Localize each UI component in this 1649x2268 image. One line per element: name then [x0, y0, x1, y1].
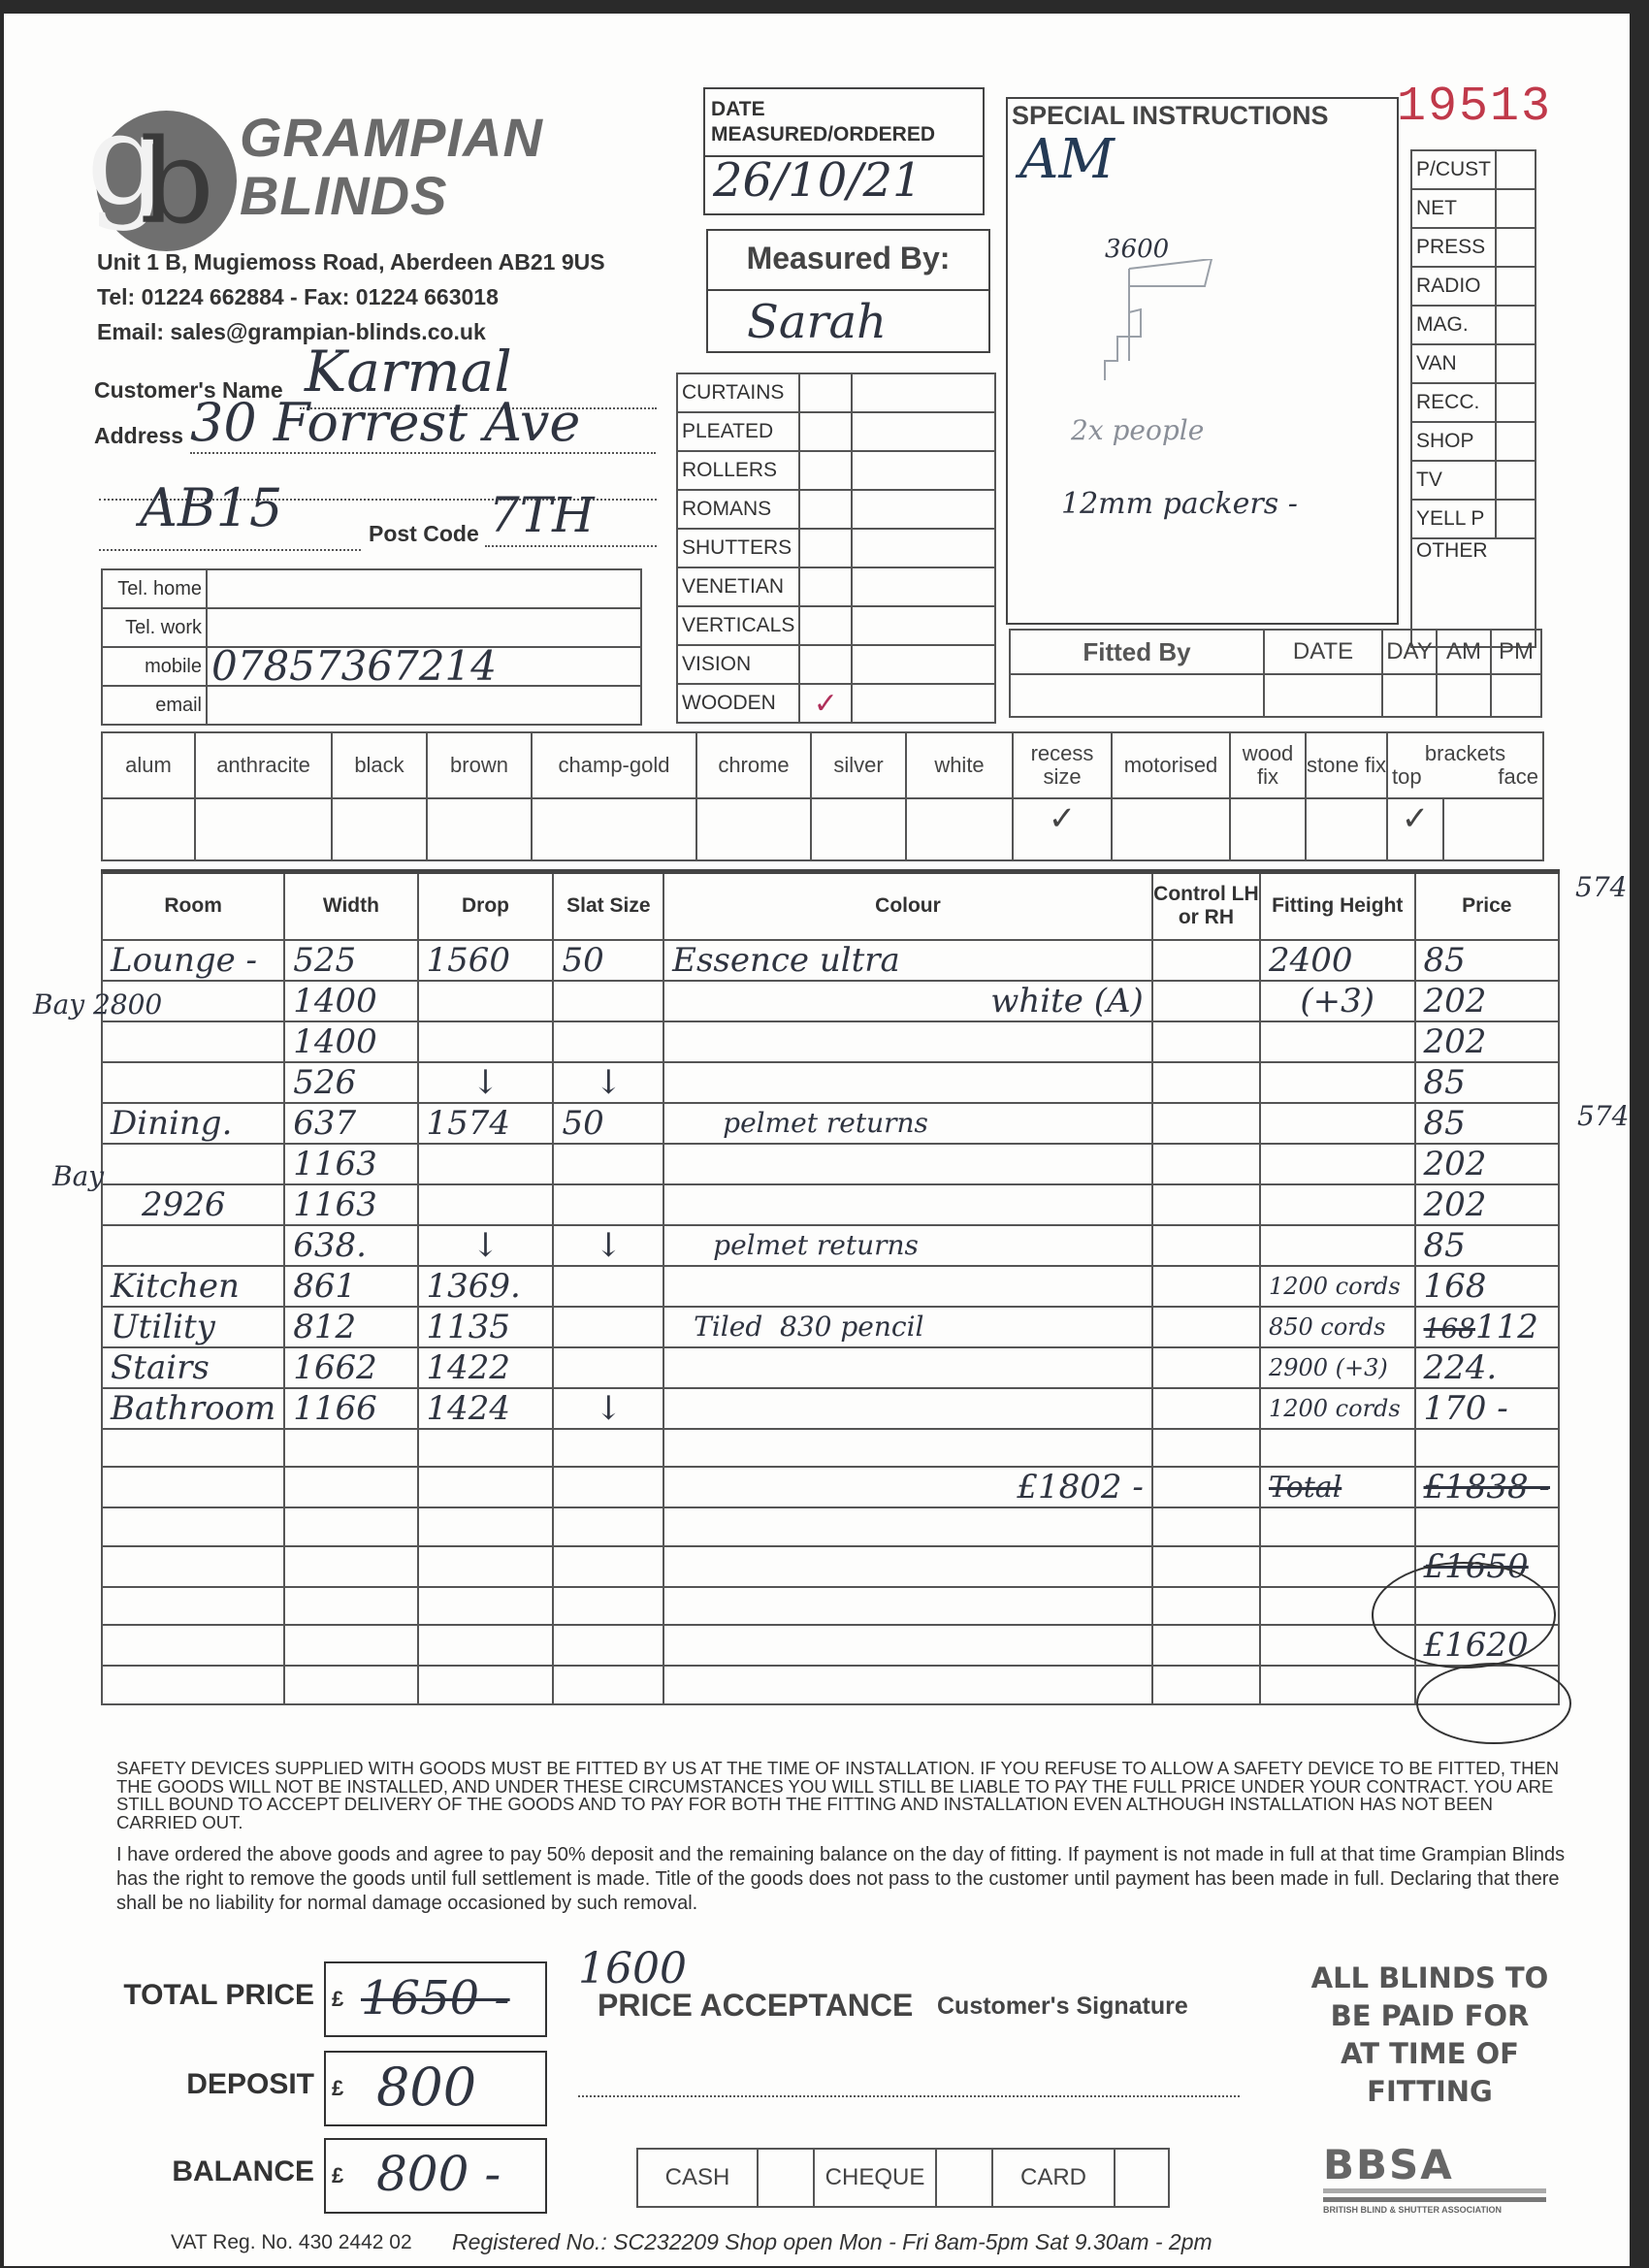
contact-row-tel-work: Tel. work — [102, 608, 641, 647]
cell-width[interactable]: 525 — [284, 940, 417, 981]
tel-work-field[interactable] — [207, 608, 641, 647]
option-champ-gold-check[interactable] — [532, 798, 696, 860]
cell-fitting[interactable]: 1200 cords — [1260, 1266, 1415, 1307]
cell-room[interactable]: Kitchen — [102, 1266, 284, 1307]
source-radio-check[interactable] — [1496, 267, 1536, 306]
col-price-header: Price — [1415, 872, 1559, 940]
cell-room[interactable] — [102, 1021, 284, 1062]
date-label-line1: DATE — [711, 97, 935, 122]
option-motorised-check[interactable] — [1112, 798, 1230, 860]
cell-slat[interactable] — [553, 1587, 663, 1626]
col-room-header: Room — [102, 872, 284, 940]
col-colour-header: Colour — [663, 872, 1152, 940]
special-note-packers: 12mm packers - — [1061, 487, 1298, 521]
payment-method-table: CASH CHEQUE CARD — [636, 2148, 1170, 2208]
signature-line[interactable] — [578, 2095, 1240, 2097]
source-pcust-label: P/CUST — [1411, 150, 1496, 189]
cell-control[interactable] — [1152, 1666, 1260, 1704]
brackets-face-label: face — [1498, 765, 1538, 789]
cell-room[interactable] — [102, 1625, 284, 1666]
product-wooden-check[interactable]: ✓ — [799, 684, 852, 723]
fitted-by-field[interactable] — [1010, 674, 1264, 717]
source-van-check[interactable] — [1496, 344, 1536, 383]
fitted-date-label: DATE — [1264, 630, 1382, 674]
stair-sketch-icon — [1100, 259, 1216, 385]
cell-control[interactable] — [1152, 1467, 1260, 1507]
cell-control[interactable] — [1152, 1625, 1260, 1666]
cell-price[interactable]: 168112 — [1415, 1307, 1559, 1347]
address-line-3 — [99, 549, 361, 551]
cell-fitting[interactable] — [1260, 1103, 1415, 1144]
tel-home-field[interactable] — [207, 569, 641, 608]
cell-width[interactable]: 637 — [284, 1103, 417, 1144]
notice-line-1: ALL BLINDS TO — [1284, 1960, 1575, 1997]
cell-control[interactable] — [1152, 1021, 1260, 1062]
customer-signature-label: Customer's Signature — [937, 1993, 1188, 2021]
cell-price[interactable]: 85 — [1415, 1103, 1559, 1144]
cell-colour[interactable]: pelmet returns — [663, 1225, 1152, 1266]
source-recc-check[interactable] — [1496, 383, 1536, 422]
cell-colour[interactable] — [663, 1625, 1152, 1666]
brackets-face-check[interactable] — [1443, 798, 1543, 860]
table-row: 29261163202 — [102, 1184, 1559, 1225]
cell-colour[interactable]: white (A) — [663, 981, 1152, 1021]
bbsa-stripe-icon — [1323, 2188, 1546, 2193]
cell-fitting[interactable]: (+3) — [1260, 981, 1415, 1021]
cell-price[interactable]: 168 — [1415, 1266, 1559, 1307]
payment-cheque-check[interactable] — [936, 2149, 992, 2207]
table-row: Utility8121135Tiled 830 pencil850 cords1… — [102, 1307, 1559, 1347]
cell-width[interactable] — [284, 1587, 417, 1626]
payment-cash-label: CASH — [637, 2149, 758, 2207]
option-black-check[interactable] — [332, 798, 427, 860]
balance-box[interactable]: £ 800 - — [324, 2138, 547, 2214]
option-white-label: white — [906, 732, 1013, 798]
brackets-top-check[interactable]: ✓ — [1387, 798, 1443, 860]
product-curtains-check[interactable] — [799, 373, 852, 412]
product-row: VISION — [677, 645, 995, 684]
order-items-table: Room Width Drop Slat Size Colour Control… — [101, 869, 1560, 1705]
cell-drop[interactable] — [418, 1587, 554, 1626]
cell-room[interactable] — [102, 1225, 284, 1266]
cell-fitting[interactable]: 2400 — [1260, 940, 1415, 981]
option-chrome-check[interactable] — [696, 798, 811, 860]
cell-price[interactable]: 202 — [1415, 1144, 1559, 1184]
total-price-revised: 1600 — [578, 1944, 687, 1993]
cell-colour[interactable]: pelmet returns — [663, 1103, 1152, 1144]
cell-control[interactable] — [1152, 1546, 1260, 1587]
address-line2-value[interactable]: AB15 — [140, 477, 282, 538]
cell-room[interactable]: Dining. — [102, 1103, 284, 1144]
option-alum-check[interactable] — [102, 798, 195, 860]
payment-card-check[interactable] — [1115, 2149, 1169, 2207]
cell-slat[interactable] — [553, 1429, 663, 1468]
fitted-day-field[interactable] — [1382, 674, 1437, 717]
cell-drop[interactable] — [418, 1021, 554, 1062]
cell-drop[interactable]: ↓ — [418, 1062, 554, 1103]
cell-slat[interactable]: 50 — [553, 940, 663, 981]
cell-width[interactable]: 1166 — [284, 1388, 417, 1429]
cell-slat[interactable] — [553, 1546, 663, 1587]
finish-options-table: alum anthracite black brown champ-gold c… — [101, 731, 1544, 861]
cell-drop[interactable] — [418, 981, 554, 1021]
cell-fitting[interactable] — [1260, 1666, 1415, 1704]
cell-room[interactable]: Bathroom — [102, 1388, 284, 1429]
cell-room[interactable]: Stairs — [102, 1347, 284, 1388]
fitted-day-label: DAY — [1382, 630, 1437, 674]
cell-fitting[interactable] — [1260, 1429, 1415, 1468]
cell-room[interactable] — [102, 1062, 284, 1103]
product-pleated-check[interactable] — [799, 412, 852, 451]
deposit-box[interactable]: £ 800 — [324, 2051, 547, 2126]
cell-slat[interactable] — [553, 1467, 663, 1507]
cell-slat[interactable] — [553, 1347, 663, 1388]
cell-colour[interactable] — [663, 1666, 1152, 1704]
pound-sign: £ — [332, 2163, 343, 2188]
cell-subtotal[interactable]: £1802 - — [663, 1467, 1152, 1507]
table-row: 526↓↓85 — [102, 1062, 1559, 1103]
cell-fitting[interactable] — [1260, 1062, 1415, 1103]
bbsa-stripe-icon — [1323, 2197, 1546, 2202]
cell-drop[interactable] — [418, 1625, 554, 1666]
table-row — [102, 1507, 1559, 1546]
special-note-people: 2x people — [1071, 414, 1204, 446]
cell-slat[interactable] — [553, 1144, 663, 1184]
cell-width[interactable]: 1163 — [284, 1184, 417, 1225]
fitted-pm-field[interactable] — [1491, 674, 1541, 717]
date-measured-label: DATE MEASURED/ORDERED — [711, 97, 935, 147]
margin-note-lounge-bay: Bay 2800 — [33, 988, 162, 1021]
cell-fitting[interactable] — [1260, 1184, 1415, 1225]
cell-drop[interactable] — [418, 1546, 554, 1587]
cell-fitting[interactable] — [1260, 1507, 1415, 1546]
table-row — [102, 1666, 1559, 1704]
product-venetian-check[interactable] — [799, 567, 852, 606]
cell-control[interactable] — [1152, 1103, 1260, 1144]
cell-width[interactable]: 638. — [284, 1225, 417, 1266]
cell-drop[interactable] — [418, 1429, 554, 1468]
table-row: Bathroom11661424↓1200 cords170 - — [102, 1388, 1559, 1429]
cell-fitting[interactable] — [1260, 1225, 1415, 1266]
table-row: Stairs166214222900 (+3)224. — [102, 1347, 1559, 1388]
product-type-table: CURTAINS PLEATED ROLLERS ROMANS SHUTTERS… — [676, 373, 996, 724]
vat-number: VAT Reg. No. 430 2442 02 — [171, 2231, 412, 2254]
cell-control[interactable] — [1152, 1587, 1260, 1626]
date-label-line2: MEASURED/ORDERED — [711, 122, 935, 147]
cell-control[interactable] — [1152, 1062, 1260, 1103]
cell-control[interactable] — [1152, 1347, 1260, 1388]
option-recess-size-check[interactable]: ✓ — [1013, 798, 1112, 860]
cell-colour[interactable] — [663, 1429, 1152, 1468]
table-row: Dining.637157450pelmet returns85 — [102, 1103, 1559, 1144]
pound-sign: £ — [332, 1987, 343, 2012]
cell-control[interactable] — [1152, 1388, 1260, 1429]
cell-room[interactable] — [102, 1507, 284, 1546]
cell-fitting[interactable] — [1260, 1021, 1415, 1062]
product-curtains-label: CURTAINS — [677, 373, 799, 412]
cell-room[interactable] — [102, 1587, 284, 1626]
product-shutters-label: SHUTTERS — [677, 529, 799, 567]
cell-width[interactable]: 1400 — [284, 1021, 417, 1062]
product-romans-check[interactable] — [799, 490, 852, 529]
product-verticals-check[interactable] — [799, 606, 852, 645]
product-row: ROLLERS — [677, 451, 995, 490]
cell-width[interactable]: 1163 — [284, 1144, 417, 1184]
table-row: 1400202 — [102, 1021, 1559, 1062]
deposit-value: 800 — [376, 2057, 476, 2118]
product-romans-label: ROMANS — [677, 490, 799, 529]
cell-width[interactable] — [284, 1429, 417, 1468]
product-vision-check[interactable] — [799, 645, 852, 684]
cell-colour[interactable] — [663, 1144, 1152, 1184]
cell-price[interactable]: 202 — [1415, 981, 1559, 1021]
cell-drop[interactable] — [418, 1184, 554, 1225]
total-price-box[interactable]: £ 1650 - — [324, 1961, 547, 2037]
cell-control[interactable] — [1152, 1429, 1260, 1468]
source-yellp-check[interactable] — [1496, 500, 1536, 538]
cell-price[interactable]: 85 — [1415, 1062, 1559, 1103]
product-rollers-check[interactable] — [799, 451, 852, 490]
cell-room[interactable]: 2926 — [102, 1184, 284, 1225]
cell-slat[interactable] — [553, 1307, 663, 1347]
fitted-pm-label: PM — [1491, 630, 1541, 674]
product-row: ROMANS — [677, 490, 995, 529]
cell-fitting[interactable]: 850 cords — [1260, 1307, 1415, 1347]
cell-colour[interactable] — [663, 1388, 1152, 1429]
cell-colour[interactable] — [663, 1021, 1152, 1062]
table-row: 638.↓↓pelmet returns85 — [102, 1225, 1559, 1266]
option-stone-fix-check[interactable] — [1306, 798, 1387, 860]
postcode-value[interactable]: 7TH — [489, 487, 595, 543]
bbsa-logo: BBSA BRITISH BLIND & SHUTTER ASSOCIATION — [1323, 2146, 1546, 2215]
cell-slat[interactable] — [553, 1266, 663, 1307]
cell-control[interactable] — [1152, 1266, 1260, 1307]
mobile-label: mobile — [102, 647, 207, 686]
cell-drop[interactable] — [418, 1144, 554, 1184]
source-yellp-label: YELL P — [1411, 500, 1496, 538]
option-brown-check[interactable] — [427, 798, 532, 860]
cell-colour[interactable] — [663, 1546, 1152, 1587]
table-row: Lounge -525156050Essence ultra240085 — [102, 940, 1559, 981]
option-wood-fix-label: wood fix — [1230, 732, 1306, 798]
cell-colour[interactable] — [663, 1587, 1152, 1626]
cell-drop[interactable]: 1422 — [418, 1347, 554, 1388]
cell-drop[interactable]: 1424 — [418, 1388, 554, 1429]
cell-width[interactable]: 526 — [284, 1062, 417, 1103]
cell-control[interactable] — [1152, 1507, 1260, 1546]
payment-cheque-label: CHEQUE — [814, 2149, 936, 2207]
col-control-header: Control LH or RH — [1152, 872, 1260, 940]
cell-slat[interactable]: 50 — [553, 1103, 663, 1144]
address-value[interactable]: 30 Forrest Ave — [190, 392, 580, 453]
cell-width[interactable]: 861 — [284, 1266, 417, 1307]
cell-fitting[interactable]: 1200 cords — [1260, 1388, 1415, 1429]
notice-line-3: AT TIME OF — [1284, 2035, 1575, 2073]
source-mag-check[interactable] — [1496, 306, 1536, 344]
cell-width[interactable]: 1400 — [284, 981, 417, 1021]
deposit-label: DEPOSIT — [91, 2068, 314, 2101]
cell-width[interactable]: 812 — [284, 1307, 417, 1347]
cell-price[interactable] — [1415, 1429, 1559, 1468]
fitted-date-field[interactable] — [1264, 674, 1382, 717]
source-shop-check[interactable] — [1496, 422, 1536, 461]
cell-slat[interactable] — [553, 1021, 663, 1062]
bbsa-logo-text: BBSA — [1323, 2146, 1546, 2185]
revised-total-1-circle — [1372, 1562, 1556, 1669]
cell-drop[interactable]: 1574 — [418, 1103, 554, 1144]
notice-line-4: FITTING — [1284, 2073, 1575, 2111]
cell-price[interactable]: 85 — [1415, 1225, 1559, 1266]
source-pcust-check[interactable] — [1496, 150, 1536, 189]
source-recc-label: RECC. — [1411, 383, 1496, 422]
cell-price[interactable]: 202 — [1415, 1021, 1559, 1062]
cell-slat[interactable] — [553, 1625, 663, 1666]
tel-work-label: Tel. work — [102, 608, 207, 647]
cell-total-price[interactable]: £1838 - — [1415, 1467, 1559, 1507]
bbsa-tagline: BRITISH BLIND & SHUTTER ASSOCIATION — [1323, 2205, 1546, 2215]
cell-drop[interactable] — [418, 1507, 554, 1546]
option-wood-fix-check[interactable] — [1230, 798, 1306, 860]
cell-colour[interactable]: Essence ultra — [663, 940, 1152, 981]
option-silver-check[interactable] — [811, 798, 906, 860]
cell-total-label[interactable]: Total — [1260, 1467, 1415, 1507]
option-stone-fix-label: stone fix — [1306, 732, 1387, 798]
email-field[interactable] — [207, 686, 641, 725]
source-van-label: VAN — [1411, 344, 1496, 383]
postcode-line — [485, 545, 657, 547]
contact-table: Tel. home Tel. work mobile 07857367214 e… — [101, 568, 642, 726]
balance-label: BALANCE — [91, 2155, 314, 2188]
cell-room[interactable]: Utility — [102, 1307, 284, 1347]
fitted-by-label: Fitted By — [1010, 630, 1264, 674]
contact-row-email: email — [102, 686, 641, 725]
option-motorised-label: motorised — [1112, 732, 1230, 798]
fitted-am-field[interactable] — [1437, 674, 1491, 717]
cell-drop[interactable]: ↓ — [418, 1225, 554, 1266]
company-name: GRAMPIAN BLINDS — [240, 109, 543, 225]
cell-width[interactable] — [284, 1507, 417, 1546]
option-brackets-label: brackets top face — [1387, 732, 1543, 798]
mobile-field[interactable]: 07857367214 — [207, 647, 641, 686]
cell-slat[interactable]: ↓ — [553, 1062, 663, 1103]
cell-slat[interactable]: ↓ — [553, 1225, 663, 1266]
source-net-label: NET — [1411, 189, 1496, 228]
option-alum-label: alum — [102, 732, 195, 798]
cell-room[interactable] — [102, 1666, 284, 1704]
cell-width[interactable] — [284, 1467, 417, 1507]
cell-slat[interactable] — [553, 981, 663, 1021]
cell-price[interactable]: 202 — [1415, 1184, 1559, 1225]
cell-slat[interactable] — [553, 1184, 663, 1225]
cell-room[interactable] — [102, 1546, 284, 1587]
source-press-check[interactable] — [1496, 228, 1536, 267]
lead-source-table: P/CUST NET PRESS RADIO MAG. VAN RECC. SH… — [1410, 149, 1536, 648]
cell-price[interactable]: 224. — [1415, 1347, 1559, 1388]
order-number: 19513 — [1397, 80, 1552, 135]
cell-slat[interactable]: ↓ — [553, 1388, 663, 1429]
special-instructions-box: SPECIAL INSTRUCTIONS AM 3600 2x people 1… — [1006, 97, 1399, 625]
cell-control[interactable] — [1152, 1144, 1260, 1184]
cell-width[interactable]: 1662 — [284, 1347, 417, 1388]
cell-drop[interactable]: 1135 — [418, 1307, 554, 1347]
cell-colour[interactable] — [663, 1266, 1152, 1307]
option-white-check[interactable] — [906, 798, 1013, 860]
product-verticals-label: VERTICALS — [677, 606, 799, 645]
cell-price[interactable]: 170 - — [1415, 1388, 1559, 1429]
order-form-page: g b GRAMPIAN BLINDS Unit 1 B, Mugiemoss … — [4, 14, 1630, 2266]
product-shutters-check[interactable] — [799, 529, 852, 567]
option-black-label: black — [332, 732, 427, 798]
cell-price[interactable] — [1415, 1507, 1559, 1546]
product-row: VENETIAN — [677, 567, 995, 606]
logo-b-letter: b — [140, 125, 214, 242]
cell-width[interactable] — [284, 1625, 417, 1666]
option-anthracite-check[interactable] — [195, 798, 332, 860]
cell-width[interactable] — [284, 1546, 417, 1587]
cell-room[interactable] — [102, 1144, 284, 1184]
cell-drop[interactable] — [418, 1467, 554, 1507]
cell-room[interactable] — [102, 1467, 284, 1507]
cell-control[interactable] — [1152, 1225, 1260, 1266]
cell-room[interactable] — [102, 1429, 284, 1468]
company-name-line2: BLINDS — [240, 167, 543, 225]
tel-home-label: Tel. home — [102, 569, 207, 608]
cell-slat[interactable] — [553, 1666, 663, 1704]
payment-cash-check[interactable] — [758, 2149, 814, 2207]
table-row — [102, 1429, 1559, 1468]
measured-by-value[interactable]: Sarah — [747, 295, 887, 349]
balance-value: 800 - — [376, 2146, 501, 2202]
product-wooden-label: WOODEN — [677, 684, 799, 723]
cell-room[interactable]: Lounge - — [102, 940, 284, 981]
cell-width[interactable] — [284, 1666, 417, 1704]
source-tv-check[interactable] — [1496, 461, 1536, 500]
cell-price[interactable]: 85 — [1415, 940, 1559, 981]
source-mag-label: MAG. — [1411, 306, 1496, 344]
struck-price: 168 — [1424, 1312, 1475, 1345]
cell-colour[interactable] — [663, 1347, 1152, 1388]
cell-drop[interactable]: 1369. — [418, 1266, 554, 1307]
cell-control[interactable] — [1152, 940, 1260, 981]
cell-slat[interactable] — [553, 1507, 663, 1546]
margin-note-subtotal-dining: 574 — [1577, 1100, 1629, 1132]
cell-colour[interactable] — [663, 1184, 1152, 1225]
date-measured-value[interactable]: 26/10/21 — [713, 153, 922, 208]
cell-fitting[interactable]: 2900 (+3) — [1260, 1347, 1415, 1388]
product-row: SHUTTERS — [677, 529, 995, 567]
table-row: £1620 — [102, 1625, 1559, 1666]
cell-control[interactable] — [1152, 1184, 1260, 1225]
address-line — [190, 452, 656, 454]
cell-control[interactable] — [1152, 1307, 1260, 1347]
cell-colour[interactable] — [663, 1062, 1152, 1103]
source-net-check[interactable] — [1496, 189, 1536, 228]
cell-colour[interactable] — [663, 1507, 1152, 1546]
cell-colour[interactable]: Tiled 830 pencil — [663, 1307, 1152, 1347]
cell-control[interactable] — [1152, 981, 1260, 1021]
brackets-top-label: top — [1392, 765, 1422, 789]
measured-by-box: Measured By: Sarah — [706, 229, 990, 353]
total-price-label: TOTAL PRICE — [91, 1979, 314, 2012]
revised-total-2-circle — [1416, 1663, 1571, 1744]
cell-drop[interactable]: 1560 — [418, 940, 554, 981]
cell-drop[interactable] — [418, 1666, 554, 1704]
postcode-label: Post Code — [369, 521, 479, 547]
contact-row-tel-home: Tel. home — [102, 569, 641, 608]
cell-fitting[interactable] — [1260, 1144, 1415, 1184]
option-silver-label: silver — [811, 732, 906, 798]
col-fitting-header: Fitting Height — [1260, 872, 1415, 940]
